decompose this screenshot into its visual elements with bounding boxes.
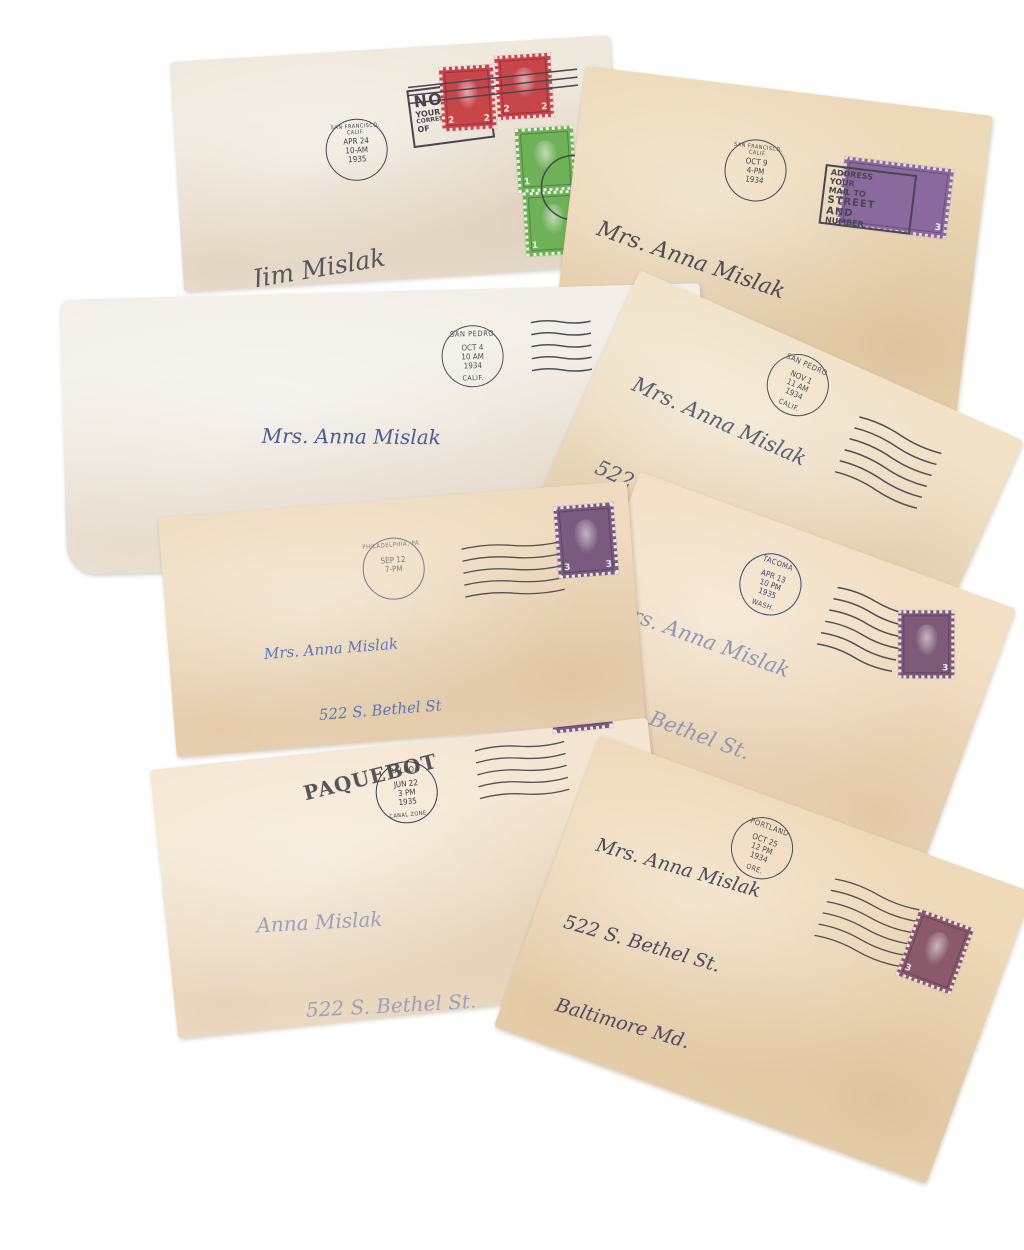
address-portland: Mrs. Anna Mislak 522 S. Bethel St. Balti… — [532, 779, 779, 1117]
stamp-3c-washington-tacoma: 3 — [898, 610, 954, 678]
cancel-lines-san-pedro-oct — [531, 316, 593, 388]
address-jim-mislak: Jim Mislak 522 S. Bethel St Baltimore Md… — [238, 156, 506, 291]
slogan-cancel-street-number: ADDRESS YOUR MAIL TO STREET AND NUMBER — [819, 164, 918, 235]
envelope-jim-mislak: SAN FRANCISCO, CALIF. APR 24 10-AM 1935 … — [170, 35, 623, 291]
address-balboa: Anna Mislak 522 S. Bethel St. Baltimore … — [253, 845, 440, 1039]
cancel-lines-philadelphia — [461, 536, 566, 614]
postmark-balboa-1935: BALBOA JUN 22 3 PM 1935 CANAL ZONE. — [373, 758, 441, 826]
address-philadelphia: Mrs. Anna Mislak 522 S. Bethel St Baltim… — [260, 590, 418, 758]
envelope-philadelphia: PHILADELPHIA, PA. SEP 12 7-PM 3 3 Mrs. A… — [158, 481, 645, 757]
cancel-lines-balboa — [474, 737, 571, 816]
envelope-collection: SAN FRANCISCO, CALIF. APR 24 10-AM 1935 … — [0, 0, 1024, 1250]
postmark-san-pedro-oct-1934: SAN PEDRO OCT 4 10 AM 1934 CALIF. — [441, 324, 505, 388]
cancel-lines-san-pedro-nov — [829, 412, 944, 522]
stamp-3c-washington-philadelphia: 3 3 — [553, 502, 618, 578]
